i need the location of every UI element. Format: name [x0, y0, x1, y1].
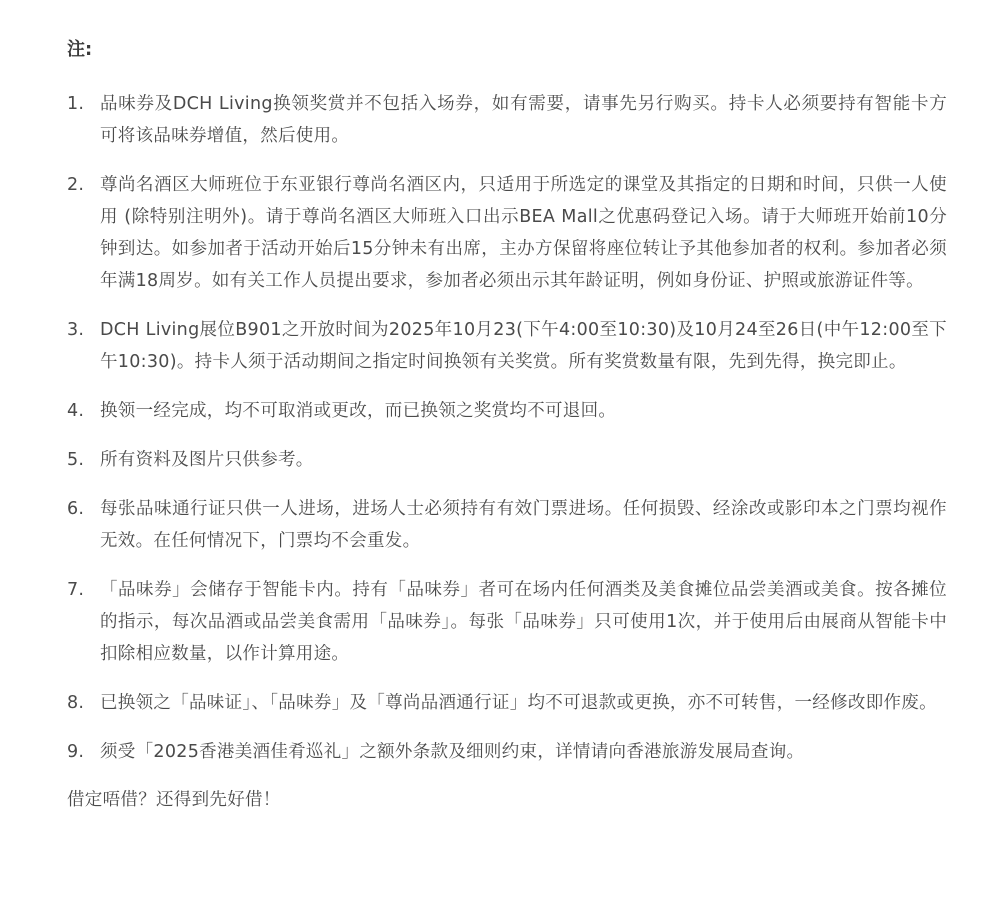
term-number: 9.: [67, 736, 100, 768]
term-text: 须受「2025香港美酒佳肴巡礼」之额外条款及细则约束，详情请向香港旅游发展局查询…: [100, 736, 947, 768]
term-number: 3.: [67, 314, 100, 378]
term-number: 4.: [67, 395, 100, 427]
term-item-5: 5. 所有资料及图片只供参考。: [67, 444, 947, 476]
term-item-9: 9. 须受「2025香港美酒佳肴巡礼」之额外条款及细则约束，详情请向香港旅游发展…: [67, 736, 947, 768]
term-number: 5.: [67, 444, 100, 476]
term-number: 7.: [67, 574, 100, 670]
term-text: 尊尚名酒区大师班位于东亚银行尊尚名酒区内，只适用于所选定的课堂及其指定的日期和时…: [100, 169, 947, 297]
term-item-6: 6. 每张品味通行证只供一人进场，进场人士必须持有有效门票进场。任何损毁、经涂改…: [67, 493, 947, 557]
term-item-2: 2. 尊尚名酒区大师班位于东亚银行尊尚名酒区内，只适用于所选定的课堂及其指定的日…: [67, 169, 947, 297]
term-item-8: 8. 已换领之「品味证」、「品味券」及「尊尚品酒通行证」均不可退款或更换，亦不可…: [67, 687, 947, 719]
term-text: 品味券及DCH Living换领奖赏并不包括入场券，如有需要，请事先另行购买。持…: [100, 88, 947, 152]
term-text: 已换领之「品味证」、「品味券」及「尊尚品酒通行证」均不可退款或更换，亦不可转售，…: [100, 687, 947, 719]
term-number: 2.: [67, 169, 100, 297]
term-item-3: 3. DCH Living展位B901之开放时间为2025年10月23(下午4:…: [67, 314, 947, 378]
term-text: 所有资料及图片只供参考。: [100, 444, 947, 476]
term-number: 1.: [67, 88, 100, 152]
term-item-4: 4. 换领一经完成，均不可取消或更改，而已换领之奖赏均不可退回。: [67, 395, 947, 427]
term-text: DCH Living展位B901之开放时间为2025年10月23(下午4:00至…: [100, 314, 947, 378]
terms-document: 注: 1. 品味券及DCH Living换领奖赏并不包括入场券，如有需要，请事先…: [0, 0, 947, 816]
term-item-7: 7. 「品味券」会储存于智能卡内。持有「品味券」者可在场内任何酒类及美食摊位品尝…: [67, 574, 947, 670]
terms-list: 1. 品味券及DCH Living换领奖赏并不包括入场券，如有需要，请事先另行购…: [67, 88, 947, 768]
note-title: 注:: [67, 34, 947, 66]
term-item-1: 1. 品味券及DCH Living换领奖赏并不包括入场券，如有需要，请事先另行购…: [67, 88, 947, 152]
term-number: 6.: [67, 493, 100, 557]
term-number: 8.: [67, 687, 100, 719]
term-text: 换领一经完成，均不可取消或更改，而已换领之奖赏均不可退回。: [100, 395, 947, 427]
term-text: 「品味券」会储存于智能卡内。持有「品味券」者可在场内任何酒类及美食摊位品尝美酒或…: [100, 574, 947, 670]
closing-line: 借定唔借？还得到先好借！: [67, 784, 947, 816]
term-text: 每张品味通行证只供一人进场，进场人士必须持有有效门票进场。任何损毁、经涂改或影印…: [100, 493, 947, 557]
